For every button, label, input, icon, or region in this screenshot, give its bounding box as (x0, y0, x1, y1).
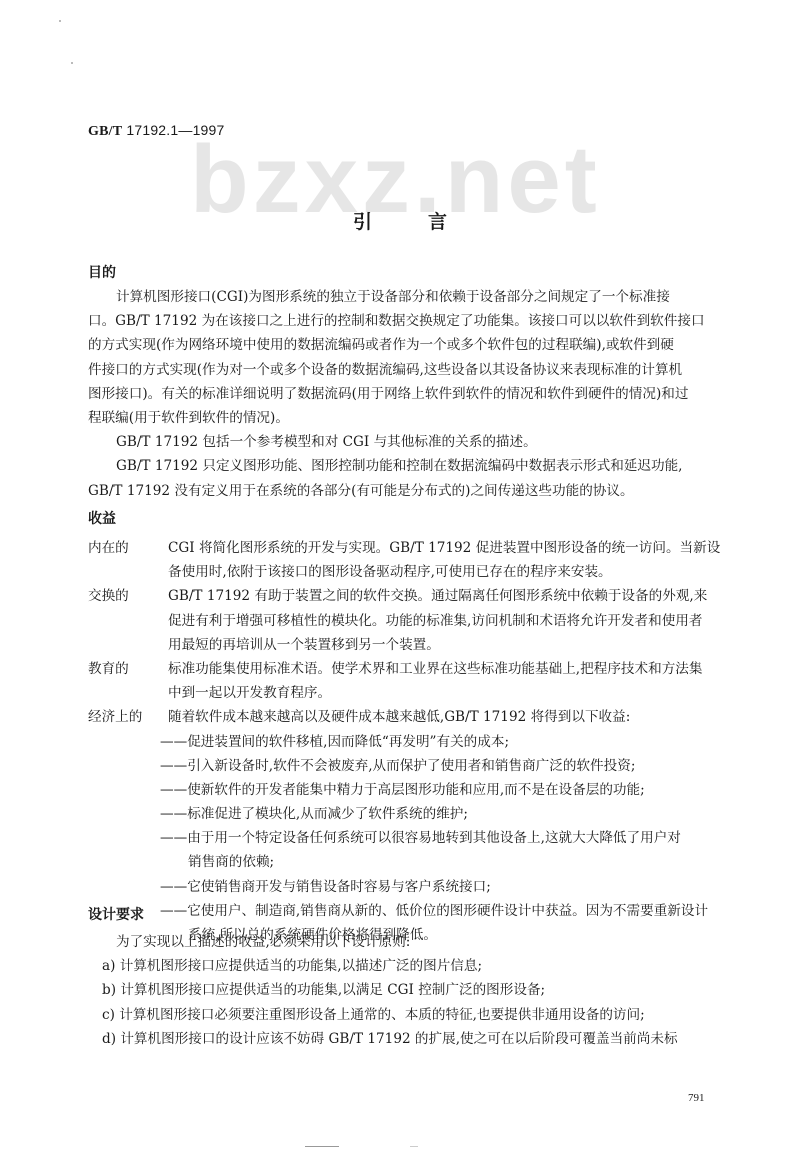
paragraph-line: 件接口的方式实现(作为对一个或多个设备的数据流编码,这些设备以其设备协议来表现标… (88, 358, 682, 382)
benefit-line: 标准功能集使用标准术语。使学术界和工业界在这些标准功能基础上,把程序技术和方法集 (168, 657, 702, 681)
section-heading-design: 设计要求 (88, 904, 144, 924)
paragraph-line: 图形接口)。有关的标准详细说明了数据流码(用于网络上软件到软件的情况和软件到硬件… (88, 382, 688, 406)
benefit-line: 中到一起以开发教育程序。 (168, 681, 331, 705)
bullet-line: ——引入新设备时,软件不会被废弃,从而保护了使用者和销售商广泛的软件投资; (160, 754, 635, 778)
scan-mark (305, 1146, 339, 1147)
paragraph-line: GB/T 17192 包括一个参考模型和对 CGI 与其他标准的关系的描述。 (116, 430, 537, 454)
benefit-item-educational: 教育的 标准功能集使用标准术语。使学术界和工业界在这些标准功能基础上,把程序技术… (88, 657, 710, 681)
bullet-line: ——它使销售商开发与销售设备时容易与客户系统接口; (160, 875, 491, 899)
paragraph-line: GB/T 17192 只定义图形功能、图形控制功能和控制在数据流编码中数据表示形… (116, 454, 682, 478)
design-intro: 为了实现以上描述的收益,必须采用以下设计原则: (116, 930, 410, 954)
design-item: b) 计算机图形接口应提供适当的功能集,以满足 CGI 控制广泛的图形设备; (102, 978, 545, 1002)
bullet-line: ——促进装置间的软件移植,因而降低“再发明”有关的成本; (160, 730, 509, 754)
design-requirements: 为了实现以上描述的收益,必须采用以下设计原则: a) 计算机图形接口应提供适当的… (88, 930, 710, 1051)
bullet-line: ——标准促进了模块化,从而减少了软件系统的维护; (160, 802, 468, 826)
benefit-label: 内在的 (88, 536, 129, 560)
bullet-line: ——由于用一个特定设备任何系统可以很容易地转到其他设备上,这就大大降低了用户对 (160, 826, 681, 850)
bullet-line-continued: 销售商的依赖; (188, 850, 274, 874)
design-item: d) 计算机图形接口的设计应该不妨碍 GB/T 17192 的扩展,使之可在以后… (102, 1027, 678, 1051)
bullet-line: ——它使用户、制造商,销售商从新的、低价位的图形硬件设计中获益。因为不需要重新设… (160, 899, 708, 923)
scan-speck (59, 20, 61, 22)
page-title: 引言 (0, 207, 800, 234)
benefit-line: 用最短的再培训从一个装置移到另一个装置。 (168, 633, 440, 657)
section-heading-benefits: 收益 (88, 508, 116, 528)
paragraph-line: 计算机图形接口(CGI)为图形系统的独立于设备部分和依赖于设备部分之间规定了一个… (116, 285, 670, 309)
benefit-line: 备使用时,依附于该接口的图形设备驱动程序,可使用已存在的程序来安装。 (168, 560, 612, 584)
paragraph-line: GB/T 17192 没有定义用于在系统的各部分(有可能是分布式的)之间传递这些… (88, 479, 634, 503)
benefit-item-interchange: 交换的 GB/T 17192 有助于装置之间的软件交换。通过隔离任何图形系统中依… (88, 584, 710, 608)
benefit-label: 教育的 (88, 657, 129, 681)
benefits-list: 内在的 CGI 将简化图形系统的开发与实现。GB/T 17192 促进装置中图形… (88, 536, 710, 947)
section-heading-purpose: 目的 (88, 262, 116, 282)
benefit-item-economic: 经济上的 随着软件成本越来越高以及硬件成本越来越低,GB/T 17192 将得到… (88, 705, 710, 729)
benefit-item-intrinsic: 内在的 CGI 将简化图形系统的开发与实现。GB/T 17192 促进装置中图形… (88, 536, 710, 560)
benefit-line: 随着软件成本越来越高以及硬件成本越来越低,GB/T 17192 将得到以下收益: (168, 705, 630, 729)
purpose-paragraphs: 计算机图形接口(CGI)为图形系统的独立于设备部分和依赖于设备部分之间规定了一个… (88, 285, 710, 503)
paragraph-line: 口。GB/T 17192 为在该接口之上进行的控制和数据交换规定了功能集。该接口… (88, 309, 705, 333)
page-number: 791 (688, 1092, 705, 1104)
scan-speck (71, 62, 73, 64)
benefit-line: 促进有利于增强可移植性的模块化。功能的标准集,访问机制和术语将允许开发者和使用者 (168, 609, 702, 633)
paragraph-line: 程联编(用于软件到软件的情况)。 (88, 406, 289, 430)
benefit-line: GB/T 17192 有助于装置之间的软件交换。通过隔离任何图形系统中依赖于设备… (168, 584, 707, 608)
paragraph-line: 的方式实现(作为网络环境中使用的数据流编码或者作为一个或多个软件包的过程联编),… (88, 333, 674, 357)
benefit-label: 交换的 (88, 584, 129, 608)
standard-prefix: GB/T (88, 124, 122, 139)
bullet-line: ——使新软件的开发者能集中精力于高层图形功能和应用,而不是在设备层的功能; (160, 778, 645, 802)
benefit-line: CGI 将简化图形系统的开发与实现。GB/T 17192 促进装置中图形设备的统… (168, 536, 720, 560)
design-item: c) 计算机图形接口必须要注重图形设备上通常的、本质的特征,也要提供非通用设备的… (102, 1003, 645, 1027)
design-item: a) 计算机图形接口应提供适当的功能集,以描述广泛的图片信息; (102, 954, 482, 978)
benefit-label: 经济上的 (88, 705, 142, 729)
scan-mark (410, 1146, 418, 1147)
